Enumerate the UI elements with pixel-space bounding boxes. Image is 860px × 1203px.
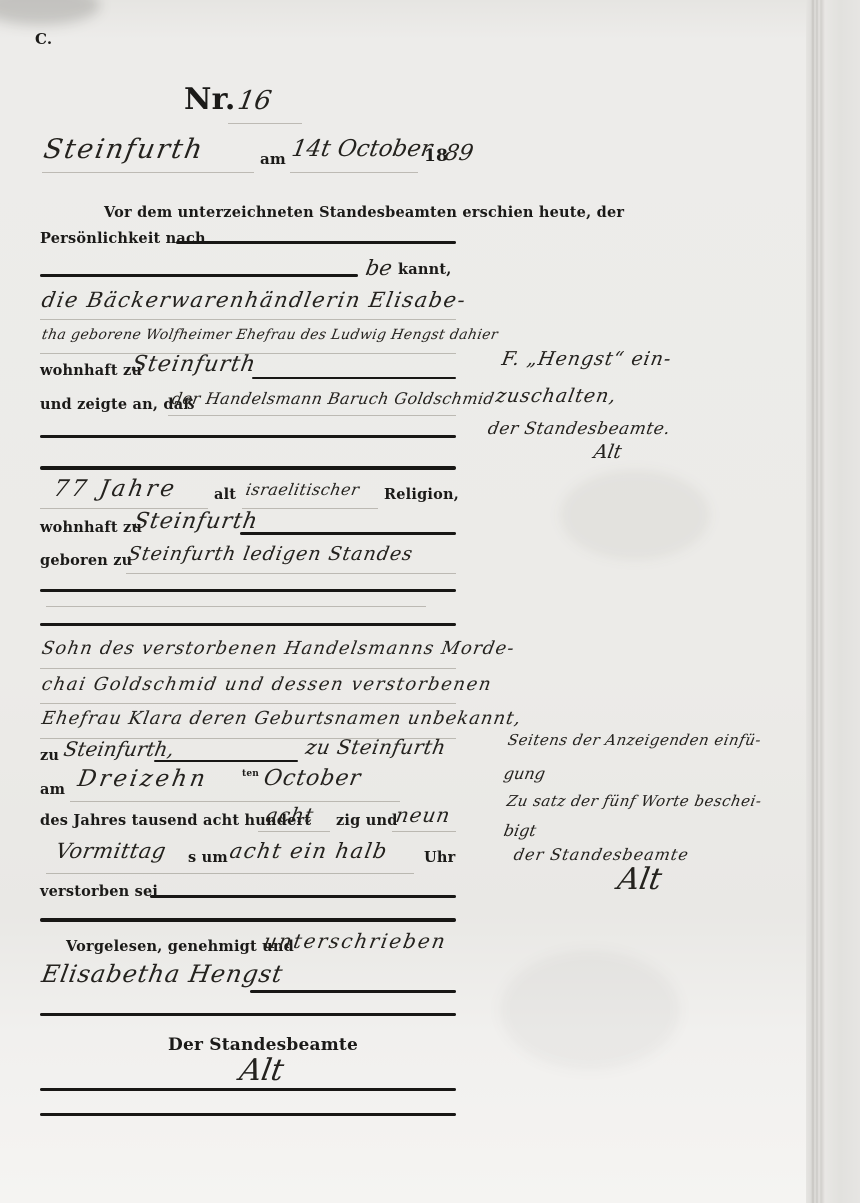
margin-note2-signature: Alt (615, 862, 664, 897)
zu-label: zu (40, 747, 59, 764)
standesbeamte-label: Der Standesbeamte (168, 1035, 358, 1055)
writing-baseline (126, 573, 456, 574)
blank-rule (154, 760, 298, 762)
number-underline (228, 123, 302, 124)
section-rule (40, 1113, 456, 1116)
alt-label: alt (214, 486, 236, 503)
margin-note2-line1: Seitens der Anzeigenden einfü- (506, 731, 762, 749)
anzeige-value: der Handelsmann Baruch Goldschmid (170, 389, 496, 408)
blank-rule (176, 241, 456, 244)
section-rule (40, 918, 456, 922)
writing-baseline (40, 703, 456, 704)
religion-value: israelitischer (244, 480, 361, 499)
blank-rule (40, 274, 358, 277)
margin-note1-line3: der Standesbeamte. (486, 419, 672, 439)
writing-baseline (70, 801, 400, 802)
uhr-label: Uhr (424, 849, 455, 866)
margin-note1-signature: Alt (592, 441, 623, 463)
religion-label: Religion, (384, 486, 459, 503)
wohnhaft1-label: wohnhaft zu (40, 362, 142, 379)
dateline-place-line (42, 172, 254, 173)
dateline-am: am (260, 150, 286, 168)
zu-value: Steinfurth, (62, 737, 176, 761)
month-value: October (262, 766, 363, 791)
writing-baseline (40, 668, 456, 669)
margin-note2-line3: Zu satz der fünf Worte beschei- (505, 792, 763, 810)
geboren-label: geboren zu (40, 552, 132, 569)
wohnhaft2-value: Steinfurth (132, 509, 260, 534)
margin-note2-line4: bigt (502, 821, 537, 840)
number-value: 16 (235, 86, 273, 116)
declarant-signature: Elisabetha Hengst (40, 960, 286, 988)
day-value: Dreizehn (76, 766, 210, 792)
bleed-through-smudge (500, 950, 680, 1070)
writing-baseline (40, 319, 456, 320)
dateline-place: Steinfurth (41, 134, 206, 165)
section-rule (40, 623, 456, 626)
scan-shadow (0, 0, 100, 25)
signature-line (250, 990, 456, 993)
wohnhaft1-value: Steinfurth (130, 352, 258, 377)
writing-baseline (258, 831, 330, 832)
parents-line2: chai Goldschmid und dessen verstorbenen (40, 674, 494, 695)
bleed-through-smudge (560, 470, 710, 560)
corner-mark: C. (35, 30, 52, 48)
decade-value: acht (264, 803, 316, 827)
margin-note1-line2: zuschalten, (494, 385, 618, 407)
um-label: s um (188, 849, 228, 866)
dateline-year-written: 89 (443, 141, 475, 166)
writing-baseline (168, 415, 456, 416)
parents-line3: Ehefrau Klara deren Geburtsnamen unbekan… (40, 708, 523, 729)
blank-rule (150, 895, 456, 898)
official-signature: Alt (237, 1053, 286, 1088)
dateline-date: 14t October (290, 136, 435, 162)
margin-note1-line1: F. „Hengst“ ein- (500, 348, 673, 370)
margin-note2-line2: gung (502, 764, 546, 783)
bekannt-label: kannt, (398, 261, 451, 278)
wohnhaft2-label: wohnhaft zu (40, 519, 142, 536)
blank-rule (240, 532, 456, 535)
section-rule (40, 466, 456, 470)
writing-baseline (46, 606, 426, 607)
ten-label: ten (242, 769, 259, 779)
zu2-value: zu Steinfurth (304, 735, 448, 759)
parents-line1: Sohn des verstorbenen Handelsmanns Morde… (40, 638, 516, 659)
age-value: 77 Jahre (52, 476, 180, 502)
am-label: am (40, 781, 65, 798)
zig-label: zig und (336, 812, 398, 829)
geboren-value: Steinfurth ledigen Standes (126, 543, 415, 565)
section-rule (40, 589, 456, 592)
death-register-scan: C. Nr. 16 Steinfurth am 14t October 18 8… (0, 0, 860, 1203)
intro-line: Vor dem unterzeichneten Standesbeamten e… (104, 204, 624, 221)
persoenlichkeit-label: Persönlichkeit nach (40, 230, 206, 247)
vorgelesen-label: Vorgelesen, genehmigt und (66, 938, 294, 955)
section-rule (40, 435, 456, 438)
unterschrieben-value: unterschrieben (262, 929, 449, 953)
writing-baseline (242, 508, 378, 509)
unit-value: neun (394, 803, 453, 827)
blank-rule (252, 377, 456, 379)
declarant-line1: die Bäckerwarenhändlerin Elisabe- (40, 288, 469, 312)
bekannt-hand: be (364, 256, 394, 280)
dateline-date-line (290, 172, 418, 173)
time-value: acht ein halb (228, 839, 390, 863)
section-rule (40, 1013, 456, 1016)
book-page-edge (806, 0, 860, 1203)
writing-baseline (46, 873, 414, 874)
daytime-value: Vormittag (54, 839, 168, 863)
declarant-line2: tha geborene Wolfheimer Ehefrau des Ludw… (41, 327, 500, 343)
verstorben-label: verstorben sei (40, 883, 158, 900)
signature-line (40, 1088, 456, 1091)
writing-baseline (392, 831, 456, 832)
number-label: Nr. (184, 82, 236, 117)
